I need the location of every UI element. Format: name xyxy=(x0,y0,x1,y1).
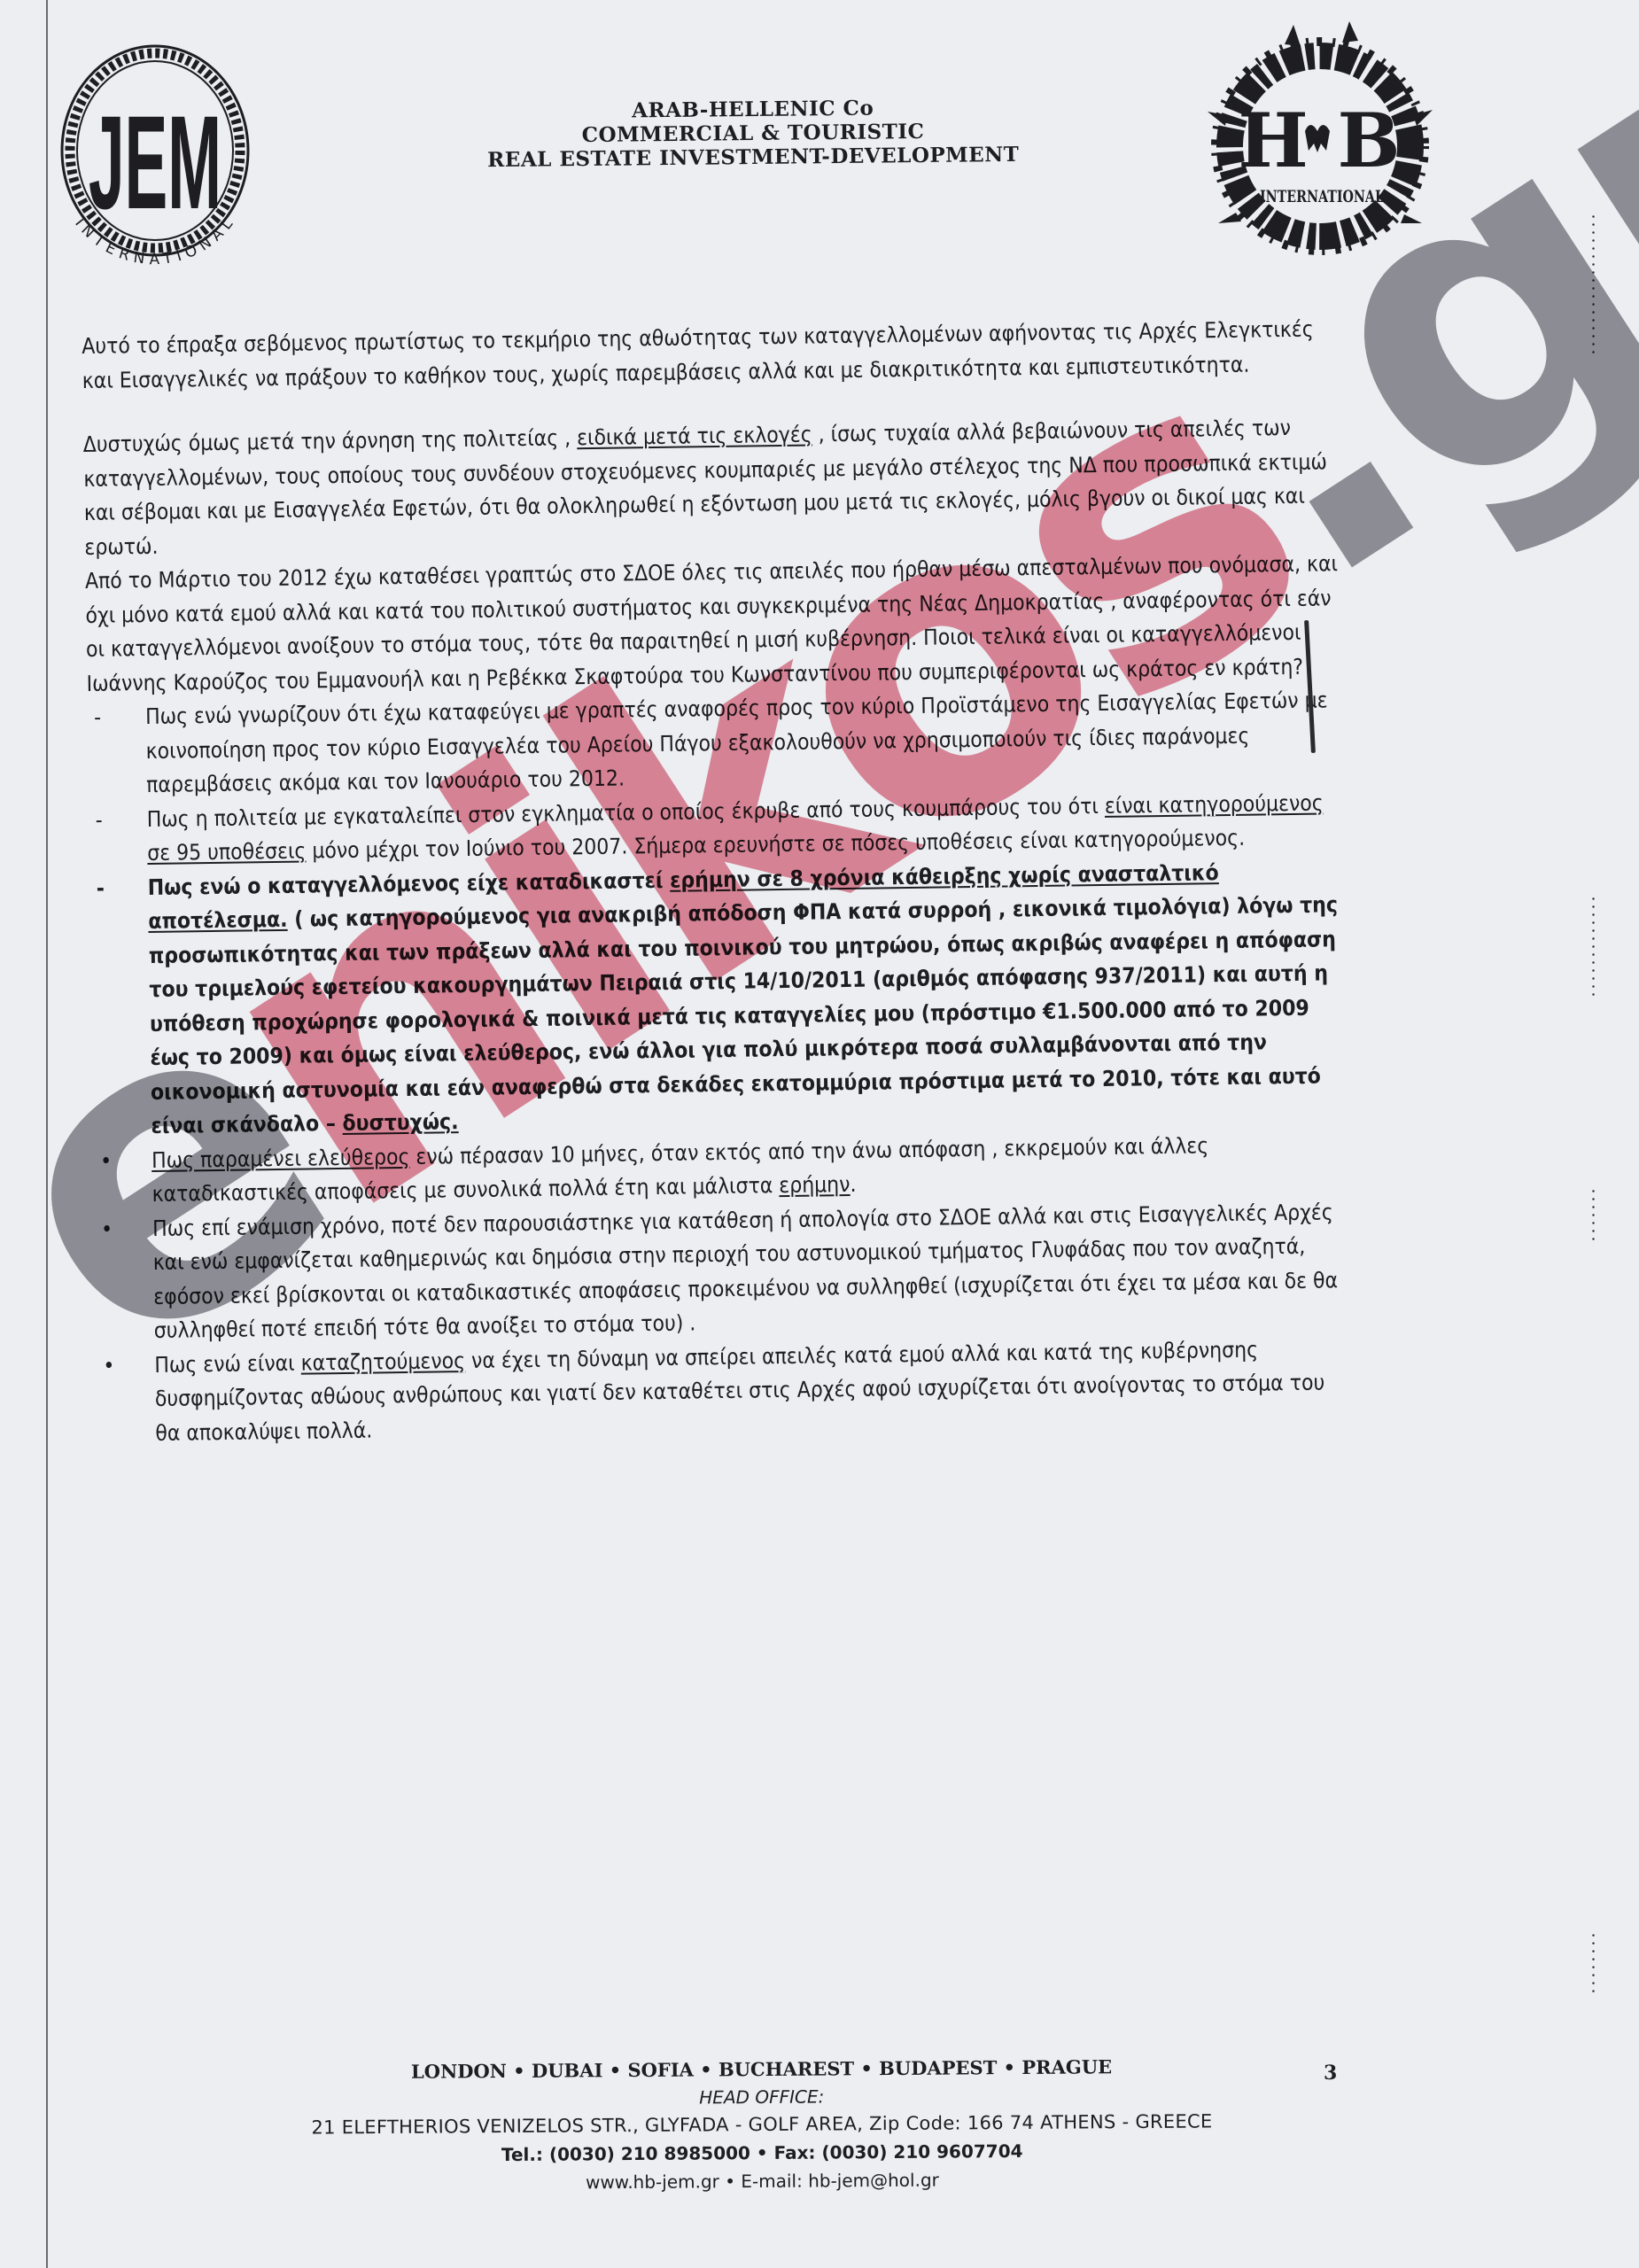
svg-text:INTERNATIONAL: INTERNATIONAL xyxy=(1260,187,1384,206)
svg-text:B: B xyxy=(1338,97,1401,184)
list-item-text: ( ως κατηγορούμενος για ανακριβή απόδοση… xyxy=(149,891,1339,1138)
jem-international-logo: JEM INTERNATIONAL xyxy=(44,40,257,288)
list-item-text: Πως ενώ ο καταγγελλόμενος είχε καταδικασ… xyxy=(148,866,671,899)
scan-margin-line xyxy=(46,0,48,2268)
scan-margin-dots xyxy=(1592,895,1595,1001)
scan-margin-dots xyxy=(1592,213,1595,354)
list-item-text: Πως ενώ είναι xyxy=(154,1349,301,1377)
text-run: Από το Μάρτιο του 2012 έχω καταθέσει γρα… xyxy=(85,550,1338,695)
svg-text:JEM: JEM xyxy=(89,88,221,237)
svg-text:H: H xyxy=(1238,97,1308,184)
text-run: Δυστυχώς όμως μετά την άρνηση της πολιτε… xyxy=(83,424,578,457)
list-item-text: . xyxy=(850,1171,856,1197)
underlined-text: καταζητούμενος xyxy=(300,1348,465,1376)
list-item-text: Πως επί ενάμιση χρόνο, ποτέ δεν παρουσιά… xyxy=(152,1199,1338,1343)
scan-margin-dots xyxy=(1592,1931,1595,1993)
underlined-text: ερήμην xyxy=(779,1171,851,1198)
list-item-text: Πως ενώ γνωρίζουν ότι έχω καταφεύγει με … xyxy=(145,687,1328,797)
bullet-dash: - xyxy=(97,871,105,905)
bullet-dash: - xyxy=(95,803,103,837)
bullet-dot: • xyxy=(103,1348,115,1383)
list-item: • Πως επί ενάμιση χρόνο, ποτέ δεν παρουσ… xyxy=(94,1195,1354,1349)
underlined-text: δυστυχώς. xyxy=(342,1108,458,1136)
page-number: 3 xyxy=(1324,2062,1337,2085)
company-letterhead: ARAB-HELLENIC Co COMMERCIAL & TOURISTIC … xyxy=(416,94,1091,173)
bullet-dot: • xyxy=(101,1212,113,1247)
list-item-bold: - Πως ενώ ο καταγγελλόμενος είχε καταδικ… xyxy=(89,854,1351,1145)
hb-international-logo: H B INTERNATIONAL xyxy=(1200,18,1440,266)
scan-margin-dots xyxy=(1592,1187,1595,1240)
bullet-dash: - xyxy=(94,701,102,735)
bullet-dot: • xyxy=(100,1144,113,1178)
letter-body: Αυτό το έπραξα σεβόμενος πρωτίστως το τε… xyxy=(82,312,1355,1451)
letterhead-footer: LONDON • DUBAI • SOFIA • BUCHAREST • BUD… xyxy=(229,2052,1293,2199)
underlined-text: ειδικά μετά τις εκλογές xyxy=(577,421,812,450)
paragraph-threats: Δυστυχώς όμως μετά την άρνηση της πολιτε… xyxy=(83,410,1345,701)
paragraph-intro: Αυτό το έπραξα σεβόμενος πρωτίστως το τε… xyxy=(82,312,1340,398)
list-item: - Πως ενώ γνωρίζουν ότι έχω καταφεύγει μ… xyxy=(87,683,1346,803)
underlined-text: Πως παραμένει ελεύθερος xyxy=(151,1143,410,1172)
list-item: • Πως ενώ είναι καταζητούμενος να έχει τ… xyxy=(96,1332,1355,1451)
